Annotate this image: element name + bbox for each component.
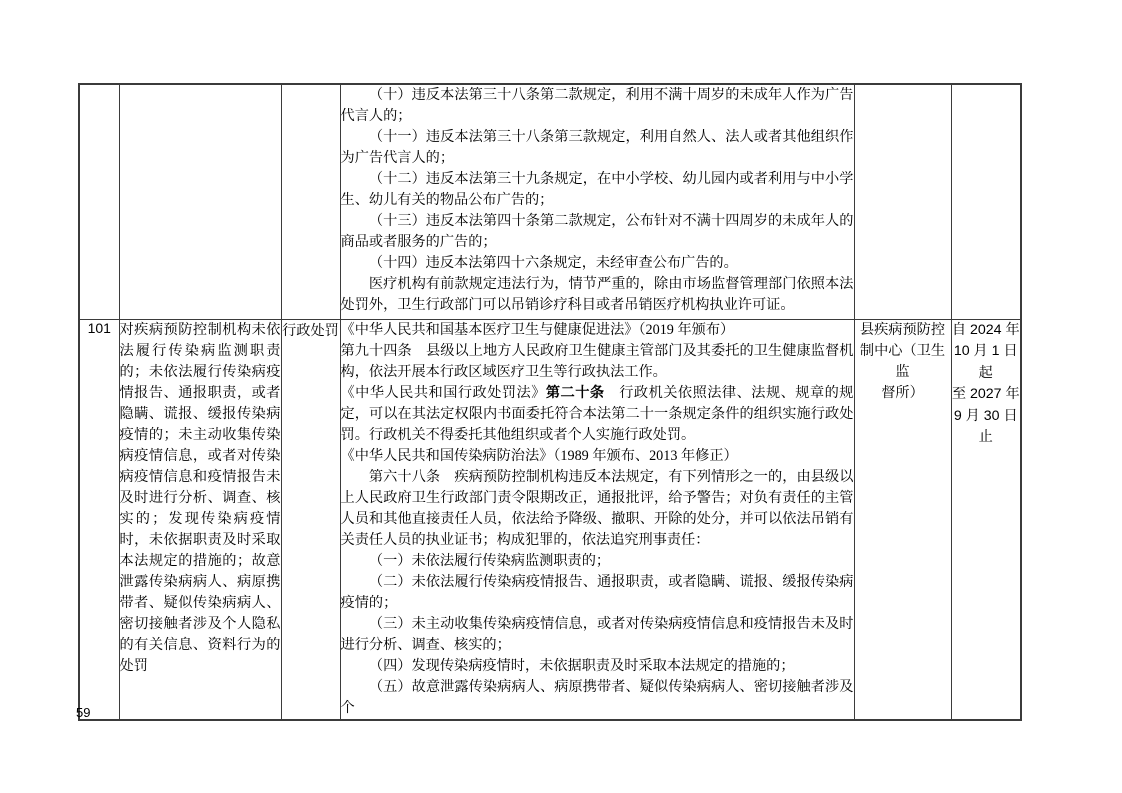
penalty-type-cell: 行政处罚 — [281, 319, 340, 720]
page-number: 59 — [76, 705, 90, 720]
implementing-agency-cell: 县疾病预防控制中心（卫生监督所） — [854, 319, 951, 720]
table-row-continued: （十）违反本法第三十八条第二款规定，利用不满十周岁的未成年人作为广告代言人的；（… — [79, 84, 1021, 319]
penalty-items-table: （十）违反本法第三十八条第二款规定，利用不满十周岁的未成年人作为广告代言人的；（… — [78, 83, 1022, 721]
legal-basis-cell: 《中华人民共和国基本医疗卫生与健康促进法》（2019 年颁布）第九十四条 县级以… — [340, 319, 854, 720]
implementing-agency-cell — [854, 84, 951, 319]
table-row-101: 101 对疾病预防控制机构未依法履行传染病监测职责的；未依法履行传染病疫情报告、… — [79, 319, 1021, 720]
legal-basis-cell: （十）违反本法第三十八条第二款规定，利用不满十周岁的未成年人作为广告代言人的；（… — [340, 84, 854, 319]
validity-period-cell — [951, 84, 1021, 319]
document-page: （十）违反本法第三十八条第二款规定，利用不满十周岁的未成年人作为广告代言人的；（… — [0, 0, 1122, 793]
violation-description-cell — [119, 84, 281, 319]
row-number-cell: 101 — [79, 319, 119, 720]
row-number-cell — [79, 84, 119, 319]
violation-description-cell: 对疾病预防控制机构未依法履行传染病监测职责的；未依法履行传染病疫情报告、通报职责… — [119, 319, 281, 720]
validity-period-cell: 自 2024 年10 月 1 日起至 2027 年9 月 30 日止 — [951, 319, 1021, 720]
penalty-type-cell — [281, 84, 340, 319]
